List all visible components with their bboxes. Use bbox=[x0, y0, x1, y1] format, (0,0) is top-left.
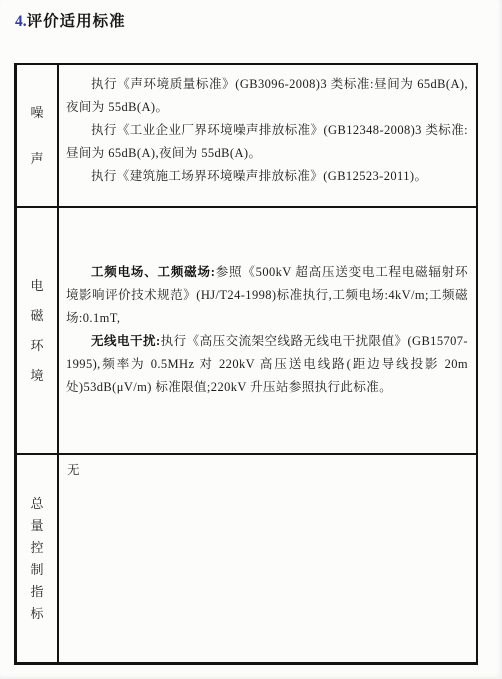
table-row-noise: 噪声 执行《声环境质量标准》(GB3096-2008)3 类标准:昼间为 65d… bbox=[17, 65, 476, 206]
standard-paragraph: 工频电场、工频磁场:参照《500kV 超高压送变电工程电磁辐射环境影响评价技术规… bbox=[66, 261, 468, 330]
row-content-cell: 执行《声环境质量标准》(GB3096-2008)3 类标准:昼间为 65dB(A… bbox=[59, 65, 476, 206]
section-title: 4.评价适用标准 bbox=[15, 9, 126, 31]
paragraph-text: 执行《声环境质量标准》(GB3096-2008)3 类标准:昼间为 65dB(A… bbox=[66, 77, 468, 114]
row-label-cell: 噪声 bbox=[17, 65, 59, 206]
section-title-text: 评价适用标准 bbox=[27, 13, 126, 30]
standard-paragraph: 无线电干扰:执行《高压交流架空线路无线电干扰限值》(GB15707-1995),… bbox=[66, 330, 468, 399]
paragraph-text: 无 bbox=[67, 463, 80, 477]
row-content-cell: 工频电场、工频磁场:参照《500kV 超高压送变电工程电磁辐射环境影响评价技术规… bbox=[59, 208, 476, 453]
row-content-cell: 无 bbox=[59, 455, 476, 662]
standard-paragraph: 执行《建筑施工场界环境噪声排放标准》(GB12523-2011)。 bbox=[66, 165, 468, 188]
row-label-cell: 电磁环境 bbox=[17, 208, 59, 453]
standard-paragraph: 无 bbox=[67, 459, 468, 482]
standard-paragraph: 执行《工业企业厂界环境噪声排放标准》(GB12348-2008)3 类标准:昼间… bbox=[66, 119, 468, 165]
row-label-cell: 总量控制指标 bbox=[17, 455, 59, 662]
paragraph-lead: 工频电场、工频磁场: bbox=[91, 265, 215, 279]
standard-paragraph: 执行《声环境质量标准》(GB3096-2008)3 类标准:昼间为 65dB(A… bbox=[66, 73, 468, 119]
paragraph-text: 执行《工业企业厂界环境噪声排放标准》(GB12348-2008)3 类标准:昼间… bbox=[66, 123, 468, 160]
document-page: 4.评价适用标准 噪声 执行《声环境质量标准》(GB3096-2008)3 类标… bbox=[0, 0, 502, 679]
row-label-emf: 电磁环境 bbox=[30, 271, 44, 391]
section-number: 4. bbox=[15, 13, 27, 30]
row-label-noise: 噪声 bbox=[30, 90, 44, 182]
paragraph-text: 执行《建筑施工场界环境噪声排放标准》(GB12523-2011)。 bbox=[91, 169, 427, 183]
paragraph-lead: 无线电干扰: bbox=[91, 334, 161, 348]
row-label-total-control: 总量控制指标 bbox=[30, 493, 44, 625]
standards-table: 噪声 执行《声环境质量标准》(GB3096-2008)3 类标准:昼间为 65d… bbox=[14, 63, 478, 665]
table-row-emf: 电磁环境 工频电场、工频磁场:参照《500kV 超高压送变电工程电磁辐射环境影响… bbox=[17, 206, 476, 453]
table-row-total-control: 总量控制指标 无 bbox=[17, 453, 476, 662]
